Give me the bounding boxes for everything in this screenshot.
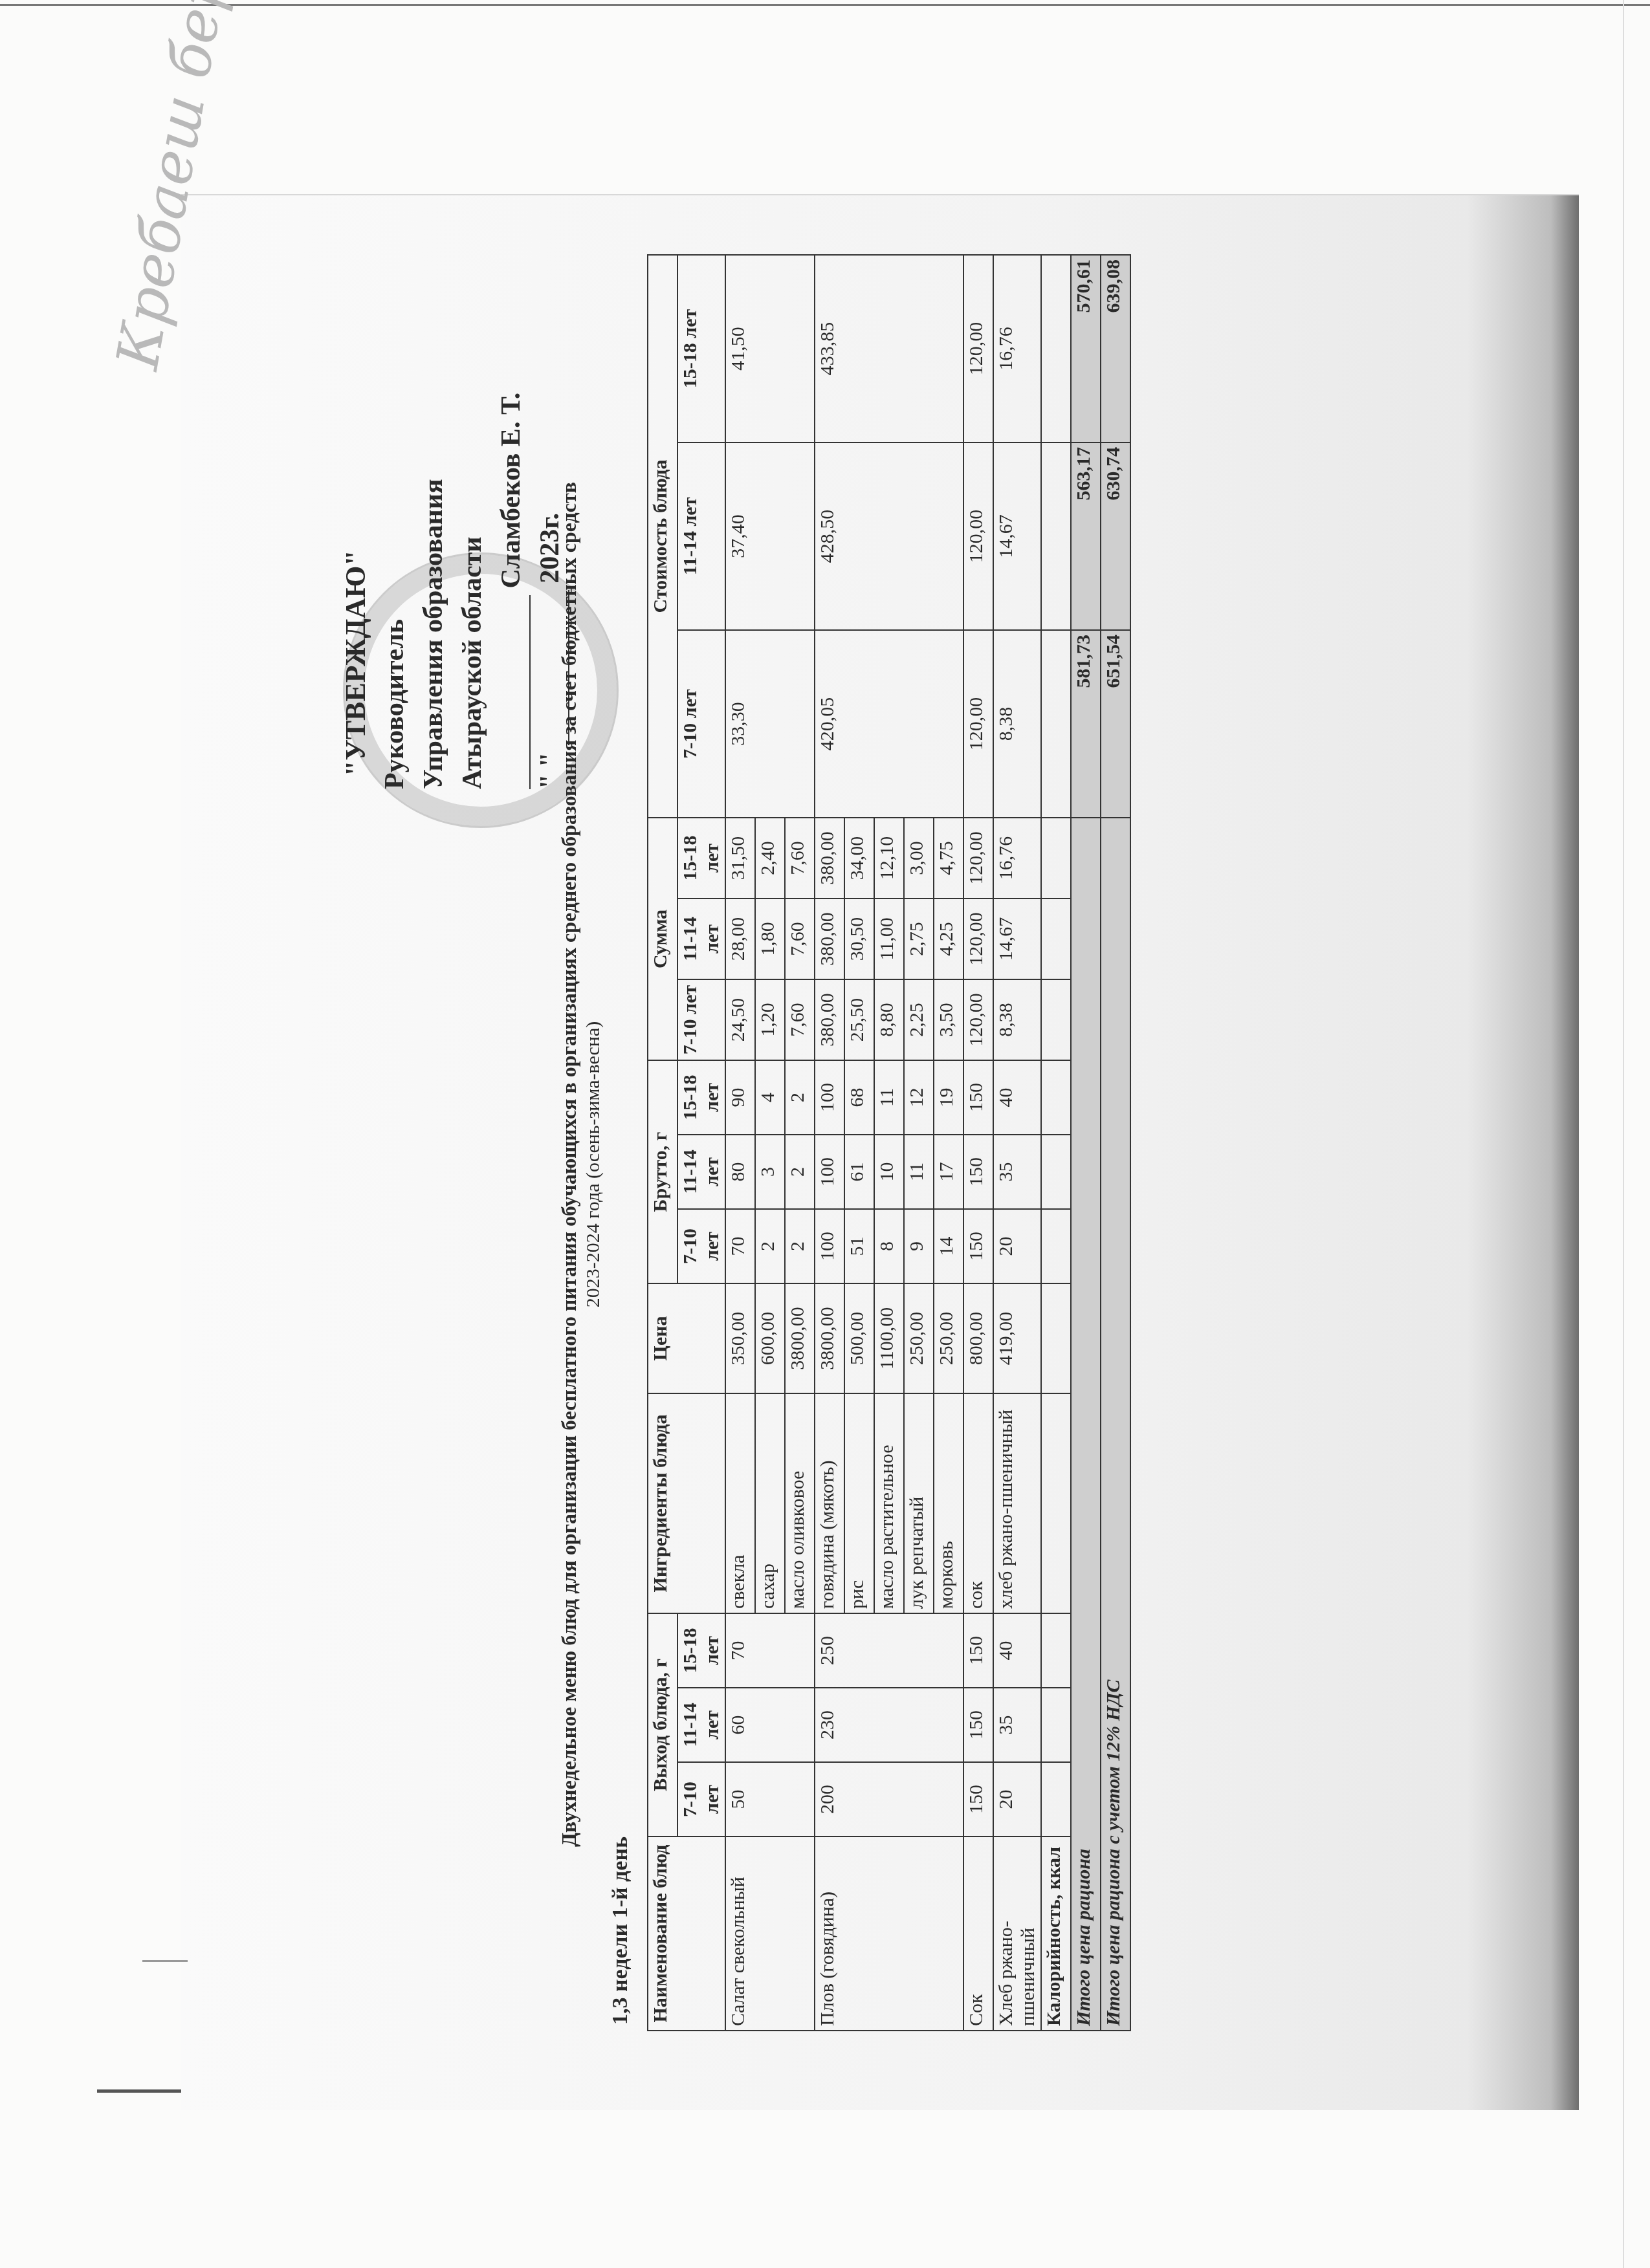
ingredient-price: 350,00 xyxy=(725,1283,755,1393)
ingredient-sum: 2,40 xyxy=(755,818,785,899)
ingredient-gross: 100 xyxy=(815,1209,844,1283)
dish-cost: 33,30 xyxy=(725,630,815,818)
header-age: 11-14 лет xyxy=(677,442,725,630)
total-value: 581,73 xyxy=(1071,630,1101,818)
ingredient-gross: 3 xyxy=(755,1135,785,1209)
header-age: 7-10 лет xyxy=(677,1209,725,1283)
margin-mark xyxy=(97,2089,181,2093)
margin-mark xyxy=(142,1960,188,1962)
total-value: 639,08 xyxy=(1101,255,1130,442)
ingredient-sum: 380,00 xyxy=(815,818,844,899)
header-age: 7-10 лет xyxy=(677,630,725,818)
dish-cost: 16,76 xyxy=(993,255,1041,442)
ingredient-sum: 11,00 xyxy=(874,899,904,979)
header-sum: Сумма xyxy=(648,818,677,1060)
header-age: 11-14 лет xyxy=(677,1688,725,1762)
ingredient-sum: 14,67 xyxy=(993,899,1041,979)
ingredient-name: хлеб ржано-пшеничный xyxy=(993,1393,1041,1613)
ingredient-sum: 3,50 xyxy=(934,979,963,1060)
ingredient-sum: 7,60 xyxy=(785,979,815,1060)
dish-cost: 428,50 xyxy=(815,442,963,630)
dish-yield: 150 xyxy=(963,1688,993,1762)
dish-yield: 35 xyxy=(993,1688,1041,1762)
dish-yield: 20 xyxy=(993,1762,1041,1837)
ingredient-price: 3800,00 xyxy=(785,1283,815,1393)
header-age: 11-14 лет xyxy=(677,899,725,979)
ingredient-sum: 1,80 xyxy=(755,899,785,979)
ingredient-gross: 8 xyxy=(874,1209,904,1283)
dish-yield: 230 xyxy=(815,1688,963,1762)
total-value: 630,74 xyxy=(1101,442,1130,630)
dish-name: Хлеб ржано-пшеничный xyxy=(993,1837,1041,2031)
table-row: Плов (говядина)200230250говядина (мякоть… xyxy=(815,255,844,2031)
total-row: Итого цена рациона581,73563,17570,61 xyxy=(1071,255,1101,2031)
header-age: 15-18 лет xyxy=(677,255,725,442)
dish-yield: 150 xyxy=(963,1613,993,1688)
ingredient-name: сахар xyxy=(755,1393,785,1613)
ingredient-gross: 2 xyxy=(785,1135,815,1209)
ingredient-gross: 80 xyxy=(725,1135,755,1209)
ingredient-gross: 40 xyxy=(993,1060,1041,1135)
ingredient-sum: 25,50 xyxy=(844,979,874,1060)
ingredient-price: 250,00 xyxy=(934,1283,963,1393)
ingredient-gross: 90 xyxy=(725,1060,755,1135)
ingredient-gross: 61 xyxy=(844,1135,874,1209)
dish-cost: 433,85 xyxy=(815,255,963,442)
empty-cell xyxy=(1041,1762,1071,1837)
total-row: Итого цена рациона с учетом 12% НДС651,5… xyxy=(1101,255,1130,2031)
dish-cost: 14,67 xyxy=(993,442,1041,630)
ingredient-gross: 150 xyxy=(963,1060,993,1135)
ingredient-gross: 12 xyxy=(904,1060,934,1135)
ingredient-sum: 2,75 xyxy=(904,899,934,979)
dish-name: Сок xyxy=(963,1837,993,2031)
ingredient-name: рис xyxy=(844,1393,874,1613)
ingredient-price: 1100,00 xyxy=(874,1283,904,1393)
empty-cell xyxy=(1041,1135,1071,1209)
day-label: 1,3 недели 1-й день xyxy=(608,1837,633,2025)
ingredient-price: 500,00 xyxy=(844,1283,874,1393)
header-age: 7-10 лет xyxy=(677,1762,725,1837)
menu-body: Салат свекольный506070свекла350,00708090… xyxy=(725,255,1130,2031)
dish-cost: 41,50 xyxy=(725,255,815,442)
table-row: Сок150150150сок800,00150150150120,00120,… xyxy=(963,255,993,2031)
dish-yield: 150 xyxy=(963,1762,993,1837)
empty-cell xyxy=(1041,1060,1071,1135)
ingredient-gross: 2 xyxy=(785,1209,815,1283)
dish-name: Салат свекольный xyxy=(725,1837,815,2031)
ingredient-sum: 8,80 xyxy=(874,979,904,1060)
approval-org-line2: Атырауской области xyxy=(453,298,492,789)
header-age: 15-18 лет xyxy=(677,818,725,899)
empty-cell xyxy=(1041,1688,1071,1762)
ingredient-sum: 4,25 xyxy=(934,899,963,979)
ingredient-sum: 120,00 xyxy=(963,899,993,979)
ingredient-sum: 2,25 xyxy=(904,979,934,1060)
header-row-ages: 7-10 лет11-14 лет15-18 лет7-10 лет11-14 … xyxy=(677,255,725,2031)
dish-cost: 37,40 xyxy=(725,442,815,630)
header-dish: Наименование блюд xyxy=(648,1837,725,2031)
approval-heading: "УТВЕРЖДАЮ" xyxy=(336,298,375,776)
ingredient-price: 419,00 xyxy=(993,1283,1041,1393)
ingredient-sum: 380,00 xyxy=(815,899,844,979)
ingredient-name: масло растительное xyxy=(874,1393,904,1613)
document-title: Двухнедельное меню блюд для организации … xyxy=(556,420,606,1908)
ingredient-price: 250,00 xyxy=(904,1283,934,1393)
ingredient-gross: 4 xyxy=(755,1060,785,1135)
dish-yield: 60 xyxy=(725,1688,815,1762)
header-age: 15-18 лет xyxy=(677,1060,725,1135)
ingredient-gross: 17 xyxy=(934,1135,963,1209)
ingredient-gross: 68 xyxy=(844,1060,874,1135)
dish-yield: 200 xyxy=(815,1762,963,1837)
ingredient-gross: 2 xyxy=(755,1209,785,1283)
ingredient-sum: 120,00 xyxy=(963,979,993,1060)
ingredient-gross: 150 xyxy=(963,1135,993,1209)
dish-yield: 40 xyxy=(993,1613,1041,1688)
ingredient-sum: 3,00 xyxy=(904,818,934,899)
ingredient-gross: 9 xyxy=(904,1209,934,1283)
dish-yield: 70 xyxy=(725,1613,815,1688)
ingredient-gross: 14 xyxy=(934,1209,963,1283)
total-value: 563,17 xyxy=(1071,442,1101,630)
ingredient-gross: 20 xyxy=(993,1209,1041,1283)
empty-cell xyxy=(1041,1613,1071,1688)
ingredient-gross: 11 xyxy=(874,1060,904,1135)
table-row: Хлеб ржано-пшеничный203540хлеб ржано-пше… xyxy=(993,255,1041,2031)
scan-edge-top xyxy=(0,4,1650,6)
rotated-document: "УТВЕРЖДАЮ" Руководитель Управления обра… xyxy=(194,259,1100,2135)
dish-cost: 120,00 xyxy=(963,630,993,818)
ingredient-sum: 24,50 xyxy=(725,979,755,1060)
ingredient-gross: 2 xyxy=(785,1060,815,1135)
header-age: 7-10 лет xyxy=(677,979,725,1060)
ingredient-sum: 30,50 xyxy=(844,899,874,979)
ingredient-price: 800,00 xyxy=(963,1283,993,1393)
header-cost: Стоимость блюда xyxy=(648,255,677,818)
ingredient-name: сок xyxy=(963,1393,993,1613)
title-line1: Двухнедельное меню блюд для организации … xyxy=(556,420,581,1908)
ingredient-name: свекла xyxy=(725,1393,755,1613)
ingredient-gross: 35 xyxy=(993,1135,1041,1209)
menu-table: Наименование блюд Выход блюда, г Ингреди… xyxy=(647,254,1131,2031)
header-ingredients: Ингредиенты блюда xyxy=(648,1393,725,1613)
ingredient-sum: 34,00 xyxy=(844,818,874,899)
ingredient-name: лук репчатый xyxy=(904,1393,934,1613)
header-gross: Брутто, г xyxy=(648,1060,677,1283)
ingredient-sum: 31,50 xyxy=(725,818,755,899)
empty-cell xyxy=(1041,1283,1071,1393)
ingredient-gross: 100 xyxy=(815,1060,844,1135)
ingredient-sum: 7,60 xyxy=(785,899,815,979)
title-line2: 2023-2024 года (осень-зима-весна) xyxy=(581,420,606,1908)
ingredient-sum: 380,00 xyxy=(815,979,844,1060)
total-label: Итого цена рациона xyxy=(1071,818,1101,2031)
ingredient-name: морковь xyxy=(934,1393,963,1613)
ingredient-price: 600,00 xyxy=(755,1283,785,1393)
dish-cost: 120,00 xyxy=(963,255,993,442)
scan-edge-right xyxy=(1623,0,1624,2268)
ingredient-name: масло оливковое xyxy=(785,1393,815,1613)
ingredient-sum: 16,76 xyxy=(993,818,1041,899)
ingredient-gross: 70 xyxy=(725,1209,755,1283)
ingredient-sum: 1,20 xyxy=(755,979,785,1060)
ingredient-gross: 11 xyxy=(904,1135,934,1209)
empty-cell xyxy=(1041,818,1071,899)
total-value: 651,54 xyxy=(1101,630,1130,818)
empty-cell xyxy=(1041,1209,1071,1283)
total-value: 570,61 xyxy=(1071,255,1101,442)
dish-cost: 120,00 xyxy=(963,442,993,630)
dish-yield: 50 xyxy=(725,1762,815,1837)
header-yield: Выход блюда, г xyxy=(648,1613,677,1837)
ingredient-gross: 150 xyxy=(963,1209,993,1283)
approval-org-line1: Управления образования xyxy=(414,298,453,789)
ingredient-sum: 120,00 xyxy=(963,818,993,899)
approval-block: "УТВЕРЖДАЮ" Руководитель Управления обра… xyxy=(336,298,569,789)
dish-name: Плов (говядина) xyxy=(815,1837,963,2031)
header-row-groups: Наименование блюд Выход блюда, г Ингреди… xyxy=(648,255,677,2031)
empty-cell xyxy=(1041,442,1071,630)
dish-yield: 250 xyxy=(815,1613,963,1688)
header-age: 11-14 лет xyxy=(677,1135,725,1209)
ingredient-name: говядина (мякоть) xyxy=(815,1393,844,1613)
ingredient-sum: 28,00 xyxy=(725,899,755,979)
empty-cell xyxy=(1041,1393,1071,1613)
ingredient-gross: 19 xyxy=(934,1060,963,1135)
empty-cell xyxy=(1041,630,1071,818)
ingredient-gross: 10 xyxy=(874,1135,904,1209)
header-age: 15-18 лет xyxy=(677,1613,725,1688)
ingredient-gross: 51 xyxy=(844,1209,874,1283)
calories-label: Калорийность, ккал xyxy=(1041,1837,1071,2031)
empty-cell xyxy=(1041,255,1071,442)
total-label: Итого цена рациона с учетом 12% НДС xyxy=(1101,818,1130,2031)
ingredient-sum: 8,38 xyxy=(993,979,1041,1060)
dish-cost: 420,05 xyxy=(815,630,963,818)
empty-cell xyxy=(1041,899,1071,979)
empty-cell xyxy=(1041,979,1071,1060)
signatory-name: Сламбеков Е. Т. xyxy=(496,393,526,589)
ingredient-sum: 4,75 xyxy=(934,818,963,899)
dish-cost: 8,38 xyxy=(993,630,1041,818)
ingredient-sum: 7,60 xyxy=(785,818,815,899)
approval-position: Руководитель xyxy=(375,298,414,789)
table-row: Салат свекольный506070свекла350,00708090… xyxy=(725,255,755,2031)
calories-row: Калорийность, ккал xyxy=(1041,255,1071,2031)
ingredient-sum: 12,10 xyxy=(874,818,904,899)
ingredient-gross: 100 xyxy=(815,1135,844,1209)
header-price: Цена xyxy=(648,1283,725,1393)
ingredient-price: 3800,00 xyxy=(815,1283,844,1393)
signature-line: Сламбеков Е. Т. xyxy=(492,298,531,789)
